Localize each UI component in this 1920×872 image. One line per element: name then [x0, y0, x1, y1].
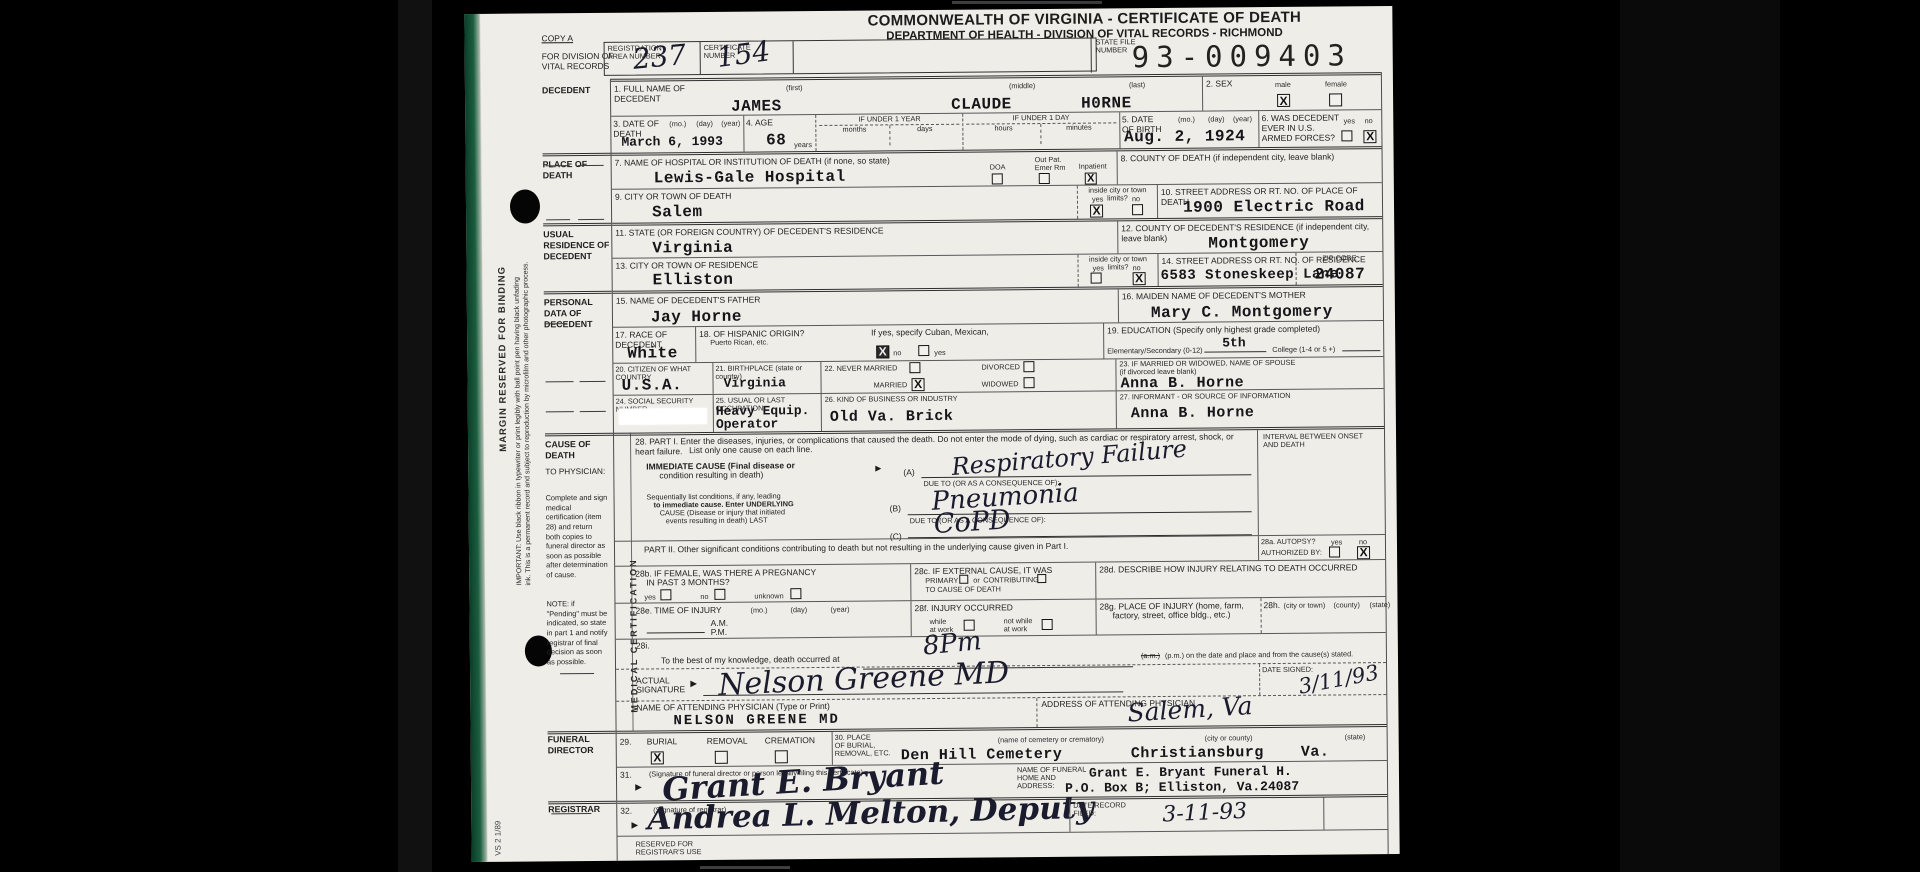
age-label: 4. AGE	[746, 117, 773, 127]
hispanic-yes-label: yes	[934, 348, 945, 357]
street-of-death-value: 1900 Electric Road	[1183, 197, 1365, 217]
pregnancy-no-checkbox	[714, 589, 725, 600]
city-of-death-value: Salem	[652, 203, 703, 221]
under-1-year-months: months	[820, 126, 890, 147]
autopsy-yes-checkbox	[1329, 546, 1340, 557]
marital-married-checkbox: X	[912, 378, 925, 391]
armed-forces-yes-checkbox	[1342, 130, 1353, 141]
last-label: (last)	[1129, 80, 1145, 89]
row-part1: 28. PART I. Enter the diseases, injuries…	[614, 426, 1385, 541]
row-reserved: RESERVED FOR REGISTRAR'S USE	[617, 829, 1387, 861]
burial-name-label: (name of cemetery or crematory)	[998, 735, 1104, 745]
occupation-value2: Operator	[716, 416, 779, 432]
section-cause-of-death: CAUSE OF DEATH	[545, 439, 611, 462]
dob-year: (year)	[1233, 114, 1252, 123]
field-external-cause: 28c. IF EXTERNAL CAUSE, IT WAS PRIMARY o…	[910, 563, 1095, 601]
number-boxes: REGISTRATION AREA NUMBER CERTIFICATE NUM…	[604, 38, 1097, 76]
field-zip: ZIP CODE 24087	[1296, 252, 1382, 285]
residence-limits-yes-label: yes	[1093, 263, 1104, 272]
margin-important-line2: ink. This is a permanent record and subj…	[523, 262, 533, 586]
zip-value: 24087	[1315, 265, 1366, 283]
divider-line	[543, 223, 611, 227]
city-of-death-label: 9. CITY OR TOWN OF DEATH	[615, 191, 732, 202]
field-birthplace: 21. BIRTHPLACE (state or country) Virgin…	[712, 362, 820, 394]
external-contributing-checkbox	[1037, 574, 1046, 583]
marital-divorced-label: DIVORCED	[981, 363, 1020, 372]
field-informant: 27. INFORMANT - OR SOURCE OF INFORMATION…	[1116, 389, 1384, 428]
date-filed-box: DATE RECORD FILED: 3-11-93	[1069, 798, 1324, 832]
hospital-label: 7. NAME OF HOSPITAL OR INSTITUTION OF DE…	[615, 155, 890, 167]
form-code: VS 2 1/89	[493, 821, 502, 856]
margin-dash	[546, 165, 570, 166]
marital-widowed-label: WIDOWED	[982, 380, 1019, 389]
funeral-sig-arrow-icon: ►	[633, 782, 644, 794]
sex-female-label: female	[1325, 79, 1347, 88]
burial-city-value: Christiansburg	[1131, 744, 1264, 762]
field-education: 19. EDUCATION (Specify only highest grad…	[1103, 321, 1383, 358]
field-spouse: 23. IF MARRIED OR WIDOWED, NAME OF SPOUS…	[1115, 357, 1383, 390]
field-attending-physician: NAME OF ATTENDING PHYSICIAN (Type or Pri…	[633, 698, 1036, 731]
field-residence-city: 13. CITY OR TOWN OF RESIDENCE Elliston	[612, 255, 1077, 291]
field-attending-address: ADDRESS OF ATTENDING PHYSICIAN Salem, Va	[1036, 695, 1386, 727]
industry-label: 26. KIND OF BUSINESS OR INDUSTRY	[825, 395, 958, 405]
education-college-label: College (1-4 or 5 +)	[1272, 345, 1335, 354]
part1-interval: INTERVAL BETWEEN ONSET AND DEATH	[1257, 429, 1385, 535]
form-grid: MEDICAL CERTIFICATION 1. FULL NAME OF DE…	[610, 72, 1389, 861]
hospital-doa-label: DOA	[990, 162, 1006, 171]
field-hispanic: 18. OF HISPANIC ORIGIN? Puerto Rican, et…	[695, 324, 1103, 363]
attestation-pm: (p.m.) on the date and place and from th…	[1165, 650, 1375, 660]
field-residence-street: 14. STREET ADDRESS OR RT. NO. OF RESIDEN…	[1157, 253, 1296, 286]
margin-important-line1: IMPORTANT: Use black ribbon in typewrite…	[514, 277, 524, 586]
residence-limits-yes-checkbox	[1091, 273, 1102, 284]
last-name-value: H0RNE	[1081, 94, 1132, 112]
part2-header: PART II. Other significant conditions co…	[644, 539, 1248, 554]
margin-important-text: IMPORTANT: Use black ribbon in typewrite…	[512, 262, 534, 586]
section-decedent: DECEDENT	[542, 85, 608, 97]
citizen-value: U.S.A.	[621, 376, 682, 395]
external-primary-checkbox	[959, 575, 968, 584]
ssn-redaction	[619, 408, 707, 425]
copy-label: COPY A	[541, 33, 573, 43]
under-1-year-days: days	[890, 125, 959, 146]
burial-state-value: Va.	[1301, 744, 1330, 761]
field-race: 17. RACE OF DECEDENT White	[613, 327, 695, 363]
informant-label: 27. INFORMANT - OR SOURCE OF INFORMATION	[1120, 392, 1291, 402]
first-label: (first)	[786, 83, 803, 92]
immediate-cause-arrow-icon: ►	[873, 463, 883, 474]
field-marital-status: 22. NEVER MARRIED DIVORCED MARRIED X WID…	[820, 359, 1115, 393]
race-value: White	[627, 344, 678, 362]
father-value: Jay Horne	[651, 308, 742, 327]
attestation-num: 28i.	[636, 640, 650, 650]
hospital-value: Lewis-Gale Hospital	[654, 168, 846, 188]
pregnancy-unknown-label: unknown	[754, 591, 783, 600]
section-usual-residence: USUAL RESIDENCE OF DECEDENT	[543, 229, 609, 263]
date-filed-label2: FILED:	[1073, 810, 1096, 819]
margin-dash	[580, 411, 606, 412]
field-pregnancy: 28b. IF FEMALE, WAS THERE A PREGNANCY IN…	[632, 564, 910, 602]
disposition-num: 29.	[620, 737, 632, 747]
hispanic-specify: If yes, specify Cuban, Mexican,	[871, 327, 989, 338]
scan-artifact-top	[952, 1, 1102, 4]
dob-day: (day)	[1208, 114, 1225, 123]
injury-time-mo: (mo.)	[750, 605, 767, 614]
disposition-cremation-checkbox	[775, 750, 788, 763]
middle-name-value: CLAUDE	[951, 95, 1012, 114]
state-file-box: STATE FILE NUMBER 93-009403	[1091, 34, 1382, 73]
field-injury-description: 28d. DESCRIBE HOW INJURY RELATING TO DEA…	[1095, 560, 1385, 599]
margin-dash	[580, 381, 606, 382]
hospital-outpat-label2: Emer Rm	[1035, 163, 1066, 172]
residence-city-value: Elliston	[653, 271, 734, 290]
dod-mo: (mo.)	[669, 119, 686, 128]
field-autopsy: 28a. AUTOPSY? AUTHORIZED BY: yes no X	[1258, 535, 1385, 560]
certificate-number-value: 154	[715, 34, 772, 74]
residence-limits-no-checkbox: X	[1133, 272, 1146, 285]
zip-label: ZIP CODE	[1299, 254, 1379, 263]
actual-signature-label2: SIGNATURE	[636, 684, 685, 694]
injury-loc-county: (county)	[1333, 600, 1359, 609]
education-elementary-blank	[1204, 342, 1266, 353]
field-mother: 16. MAIDEN NAME OF DECEDENT'S MOTHER Mar…	[1118, 287, 1383, 322]
armed-forces-label: 6. WAS DECEDENT EVER IN U.S. ARMED FORCE…	[1262, 112, 1340, 143]
divider-line	[548, 801, 616, 805]
sex-female-checkbox	[1329, 93, 1342, 106]
injury-loc-city: (city or town)	[1283, 601, 1325, 610]
section-place-of-death: PLACE OF DEATH	[543, 159, 609, 182]
injury-notwhile-label2: at work	[1004, 624, 1028, 633]
marital-divorced-checkbox	[1023, 361, 1034, 372]
sex-male-label: male	[1275, 80, 1291, 89]
birthplace-value: Virginia	[723, 375, 786, 391]
marital-never-label: 22. NEVER MARRIED	[824, 364, 897, 373]
section-to-physician: TO PHYSICIAN:	[545, 467, 611, 478]
registration-area-value: 237	[631, 38, 687, 76]
pending-note: NOTE: if "Pending" must be indicated, so…	[546, 599, 609, 667]
field-reserved: RESERVED FOR REGISTRAR'S USE	[618, 830, 1388, 861]
age-suffix: years	[794, 140, 812, 149]
funeral-sig-num: 31.	[620, 770, 632, 780]
hospital-inpatient-label: Inpatient	[1079, 161, 1107, 170]
dob-mo: (mo.)	[1178, 115, 1195, 124]
pregnancy-yes-label: yes	[644, 592, 655, 601]
autopsy-yes-label: yes	[1331, 537, 1342, 546]
part1-content: 28. PART I. Enter the diseases, injuries…	[631, 430, 1258, 540]
registrar-sig-num: 32.	[620, 806, 632, 816]
hispanic-yes-checkbox	[918, 345, 929, 356]
death-limits-no-checkbox	[1132, 204, 1143, 215]
burial-city-label: (city or county)	[1205, 733, 1253, 742]
divider-line	[545, 433, 613, 437]
injury-time-pm: P.M.	[711, 627, 727, 637]
disposition-burial-label: BURIAL	[647, 736, 678, 746]
hispanic-sublabel: Puerto Rican, etc.	[710, 338, 768, 347]
education-label: 19. EDUCATION (Specify only highest grad…	[1107, 324, 1320, 336]
date-filed-value: 3-11-93	[1162, 799, 1248, 828]
field-sex: 2. SEX male female X	[1202, 75, 1381, 111]
county-of-death-label: 8. COUNTY OF DEATH (if independent city,…	[1121, 151, 1335, 163]
mother-label: 16. MAIDEN NAME OF DECEDENT'S MOTHER	[1122, 290, 1306, 302]
informant-value: Anna B. Horne	[1131, 404, 1255, 422]
margin-dash	[546, 381, 574, 382]
disposition-burial-checkbox: X	[651, 751, 664, 764]
funeral-home-value2: P.O. Box B; Elliston, Va.24087	[1065, 779, 1299, 796]
autopsy-sublabel: AUTHORIZED BY:	[1261, 549, 1322, 558]
disposition-cremation-label: CREMATION	[765, 735, 815, 745]
immediate-cause-label2: condition resulting in death)	[659, 469, 763, 480]
education-elementary-label: Elementary/Secondary (0-12)	[1107, 347, 1202, 356]
reg-cert-divider1	[700, 42, 701, 74]
hospital-inpatient-checkbox: X	[1085, 173, 1097, 185]
funeral-home-value1: Grant E. Bryant Funeral H.	[1089, 764, 1292, 781]
reg-cert-divider2	[793, 41, 794, 73]
field-ssn: 24. SOCIAL SECURITY NUMBER	[614, 395, 713, 433]
residence-state-value: Virginia	[652, 239, 733, 258]
armed-forces-yes-label: yes	[1344, 116, 1355, 125]
injury-loc-state: (state)	[1369, 600, 1390, 609]
external-to-label: TO CAUSE OF DEATH	[925, 585, 1001, 594]
section-funeral-director: FUNERAL DIRECTOR	[548, 734, 614, 757]
disposition-removal-label: REMOVAL	[707, 736, 748, 746]
field-injury-place: 28g. PLACE OF INJURY (home, farm, factor…	[1095, 598, 1260, 634]
field-date-signed: DATE SIGNED: 3/11/93	[1259, 663, 1386, 695]
field-date-of-death: 3. DATE OF DEATH (mo.) (day) (year) Marc…	[611, 116, 743, 153]
hospital-outpat-checkbox	[1039, 173, 1050, 184]
education-college-blank	[1342, 341, 1380, 351]
under-1-day-hours: hours	[966, 124, 1041, 145]
death-limits-no-label: no	[1132, 194, 1140, 203]
residence-city-label: 13. CITY OR TOWN OF RESIDENCE	[615, 260, 758, 271]
marital-never-checkbox	[909, 362, 920, 373]
reserved-label2: REGISTRAR'S USE	[636, 848, 702, 857]
injury-notwhile-checkbox	[1042, 619, 1053, 630]
field-injury-time: 28e. TIME OF INJURY (mo.) (day) (year) A…	[632, 601, 910, 638]
field-city-of-death: 9. CITY OR TOWN OF DEATH Salem	[612, 186, 1077, 223]
middle-label: (middle)	[1009, 81, 1035, 90]
sex-male-checkbox: X	[1277, 94, 1290, 107]
dod-day: (day)	[696, 119, 713, 128]
sex-label: 2. SEX	[1206, 78, 1233, 88]
cause-b-marker: (B)	[890, 503, 901, 513]
state-file-value: 93-009403	[1132, 38, 1352, 74]
field-age: 4. AGE 68 years	[743, 115, 816, 152]
field-date-of-birth: 5. DATE OF BIRTH (mo.) (day) (year) Aug.…	[1119, 111, 1259, 148]
autopsy-no-checkbox: X	[1357, 546, 1370, 559]
death-limits-yes-checkbox: X	[1090, 204, 1103, 217]
field-residence-limits: inside city or town limits? yes no X	[1077, 254, 1157, 287]
dob-value: Aug. 2, 1924	[1124, 127, 1245, 146]
hispanic-no-checkbox: X	[876, 345, 889, 358]
residence-county-value: Montgomery	[1208, 234, 1309, 253]
physician-note: Complete and sign medical certification …	[546, 493, 609, 580]
margin-dash	[546, 411, 574, 412]
hospital-doa-checkbox	[992, 173, 1003, 184]
cause-c-value: CoPD	[933, 504, 1011, 540]
attestation-am: (a.m.)	[1141, 652, 1160, 661]
field-armed-forces: 6. WAS DECEDENT EVER IN U.S. ARMED FORCE…	[1259, 110, 1382, 147]
funeral-home-label3: ADDRESS:	[1017, 782, 1054, 791]
pregnancy-label2: IN PAST 3 MONTHS?	[646, 577, 729, 588]
injury-desc-label: 28d. DESCRIBE HOW INJURY RELATING TO DEA…	[1099, 562, 1357, 574]
first-name-value: JAMES	[731, 97, 782, 115]
autopsy-label: 28a. AUTOPSY?	[1261, 538, 1316, 547]
registrar-sig-arrow-icon: ►	[629, 820, 640, 832]
field-residence-state: 11. STATE (OR FOREIGN COUNTRY) OF DECEDE…	[612, 221, 1117, 257]
armed-forces-no-checkbox: X	[1364, 130, 1377, 143]
scan-artifact-bottom	[700, 866, 790, 869]
injury-time-year: (year)	[830, 605, 849, 614]
field-industry: 26. KIND OF BUSINESS OR INDUSTRY Old Va.…	[821, 391, 1116, 431]
residence-limits-no-label: no	[1133, 263, 1141, 272]
margin-dash	[546, 219, 570, 220]
green-binding-edge	[464, 14, 487, 862]
marital-married-label: MARRIED	[874, 381, 908, 390]
field-injury-location: 28h. (city or town) (county) (state)	[1260, 597, 1385, 633]
death-limits-yes-label: yes	[1092, 194, 1103, 203]
burial-state-label: (state)	[1345, 732, 1366, 741]
field-under-1-year: IF UNDER 1 YEAR months days	[816, 114, 963, 151]
divider-line	[543, 153, 611, 157]
hispanic-no-label: no	[893, 348, 901, 357]
date-of-death-value: March 6, 1993	[621, 134, 723, 150]
industry-value: Old Va. Brick	[830, 408, 954, 426]
margin-dash	[560, 673, 594, 674]
mother-value: Mary C. Montgomery	[1151, 302, 1333, 322]
armed-forces-no-label: no	[1365, 116, 1373, 125]
field-county-of-death: 8. COUNTY OF DEATH (if independent city,…	[1117, 149, 1382, 184]
field-residence-county: 12. COUNTY OF DECEDENT'S RESIDENCE (if i…	[1117, 219, 1382, 253]
field-citizen: 20. CITIZEN OF WHAT COUNTRY U.S.A.	[613, 363, 712, 395]
margin-dash	[545, 323, 567, 324]
right-scanner-strip	[1620, 0, 1780, 872]
father-label: 15. NAME OF DECEDENT'S FATHER	[616, 294, 761, 305]
age-value: 68	[766, 131, 786, 149]
attending-address-value: Salem, Va	[1127, 691, 1254, 728]
field-occupation: 25. USUAL OR LAST OCCUPATION Heavy Equip…	[713, 394, 821, 432]
divider-line	[544, 291, 612, 295]
attending-physician-value: NELSON GREENE MD	[673, 712, 840, 729]
field-hospital: 7. NAME OF HOSPITAL OR INSTITUTION OF DE…	[612, 151, 1117, 188]
injury-place-label2: factory, street, office bldg., etc.)	[1113, 609, 1231, 620]
signature-arrow-icon: ►	[688, 678, 699, 690]
field-death-city-limits: inside city or town limits? yes no X	[1077, 185, 1157, 219]
marital-widowed-checkbox	[1024, 377, 1035, 388]
under-1-day-minutes: minutes	[1042, 124, 1116, 145]
full-name-label: 1. FULL NAME OF DECEDENT	[614, 83, 686, 104]
residence-state-label: 11. STATE (OR FOREIGN COUNTRY) OF DECEDE…	[615, 225, 883, 237]
field-father: 15. NAME OF DECEDENT'S FATHER Jay Horne	[613, 289, 1118, 326]
injury-time-day: (day)	[790, 605, 807, 614]
residence-street-label: 14. STREET ADDRESS OR RT. NO. OF RESIDEN…	[1161, 255, 1291, 266]
injury-time-blank	[647, 623, 705, 634]
interval-label: INTERVAL BETWEEN ONSET AND DEATH	[1261, 430, 1381, 452]
field-under-1-day: IF UNDER 1 DAY hours minutes	[962, 112, 1119, 149]
pregnancy-unknown-checkbox	[790, 588, 801, 599]
dod-year: (year)	[721, 119, 740, 128]
sequential-label4: events resulting in death) LAST	[666, 516, 768, 525]
autopsy-no-label: no	[1359, 537, 1367, 546]
punch-hole-top	[510, 189, 540, 223]
pregnancy-yes-checkbox	[660, 589, 671, 600]
divider-line	[548, 731, 616, 735]
death-certificate: MARGIN RESERVED FOR BINDING IMPORTANT: U…	[464, 6, 1399, 862]
disposition-removal-checkbox	[715, 751, 728, 764]
part1-header2: List only one cause on each line.	[689, 444, 812, 455]
attending-physician-label: NAME OF ATTENDING PHYSICIAN (Type or Pri…	[636, 701, 830, 713]
section-personal-data: PERSONAL DATA OF DECEDENT	[544, 297, 610, 331]
injury-occurred-label: 28f. INJURY OCCURRED	[914, 602, 1012, 613]
injury-loc-num: 28h.	[1263, 600, 1280, 610]
left-scanner-strip	[398, 0, 432, 872]
injury-time-label: 28e. TIME OF INJURY	[635, 605, 721, 616]
pregnancy-no-label: no	[700, 592, 708, 601]
copy-for-line2: VITAL RECORDS	[542, 61, 610, 72]
margin-binding-text: MARGIN RESERVED FOR BINDING	[497, 266, 510, 452]
margin-dash	[578, 219, 604, 220]
field-street-of-death: 10. STREET ADDRESS OR RT. NO. OF PLACE O…	[1157, 183, 1382, 218]
field-full-name: 1. FULL NAME OF DECEDENT (first) (middle…	[611, 77, 1202, 116]
